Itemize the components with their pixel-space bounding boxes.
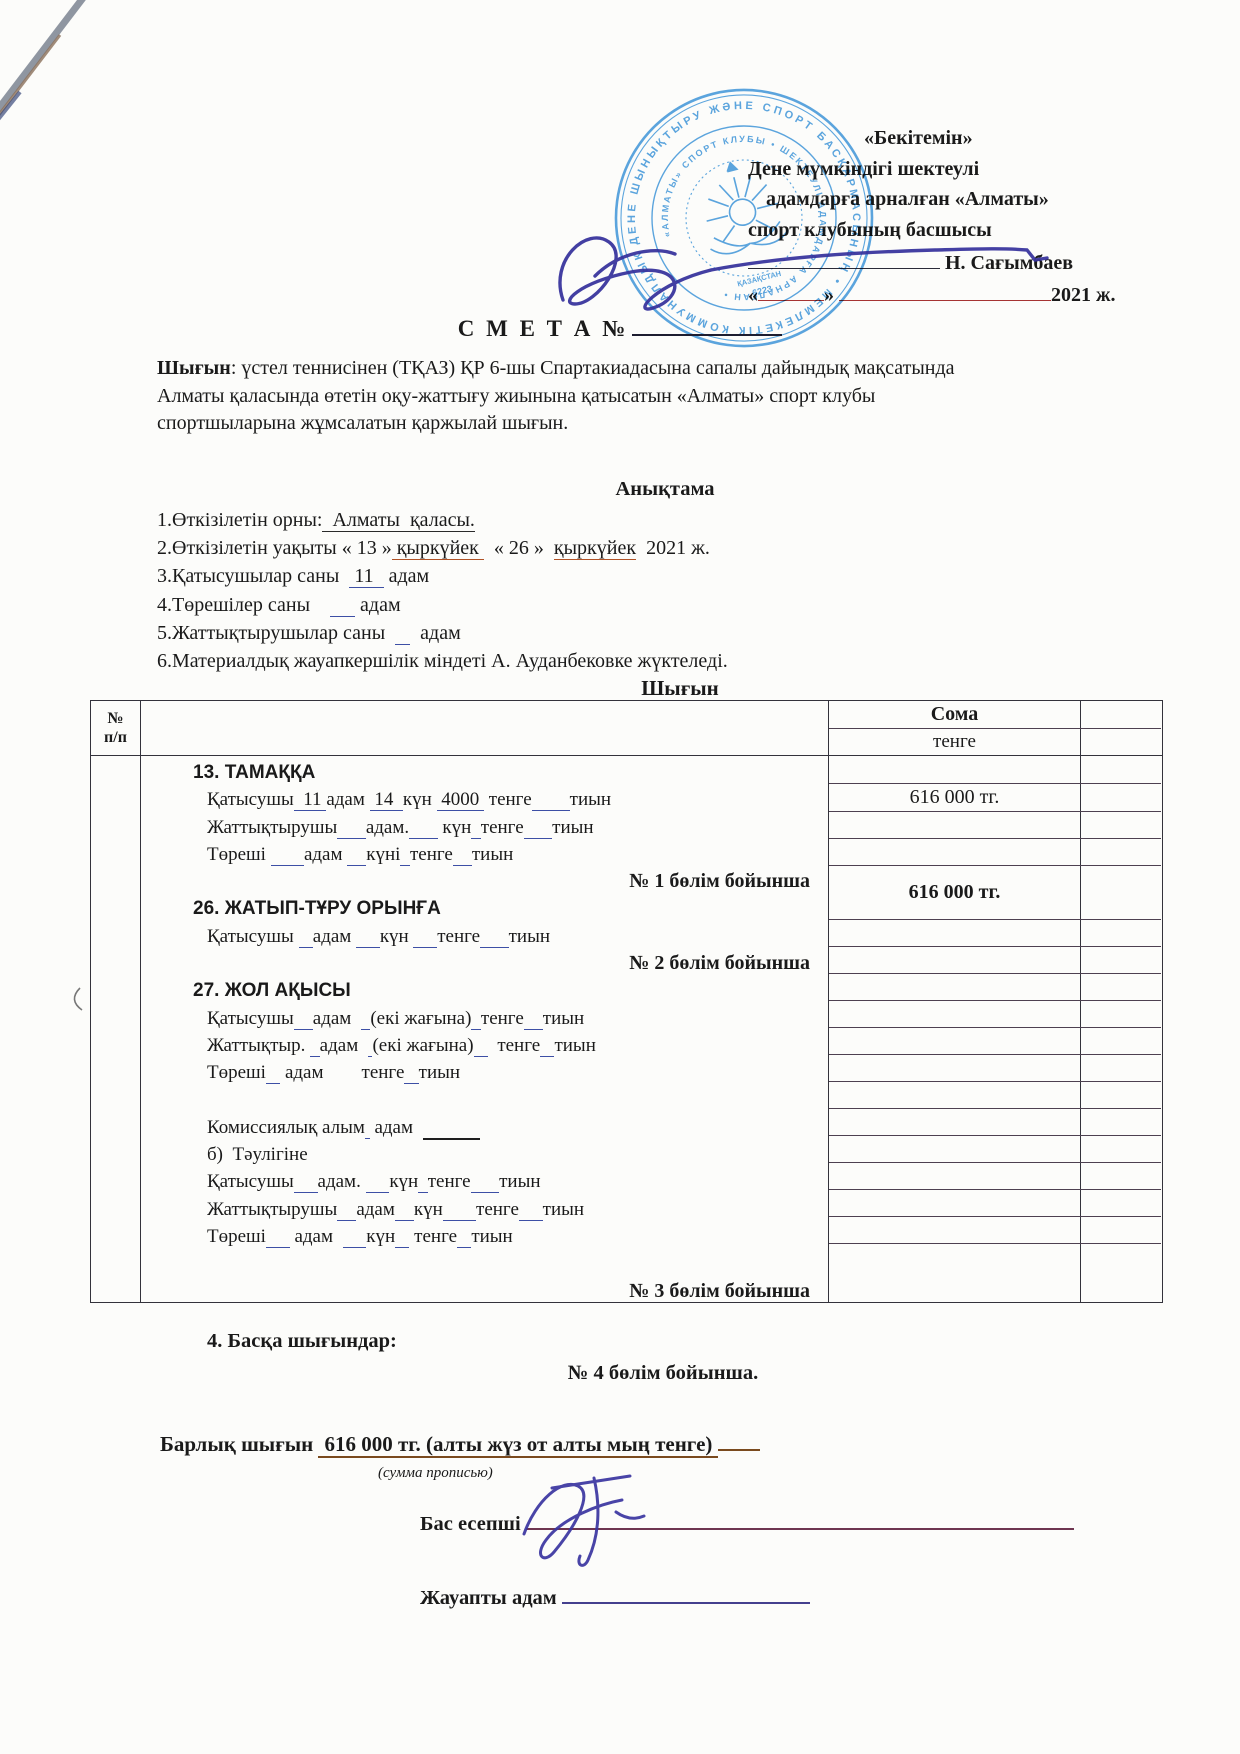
responsible-row: Жауапты адам [420, 1586, 810, 1610]
amount-row: 616 000 тг. [829, 866, 1161, 920]
amount-value [829, 1136, 1081, 1162]
amount-side-cell [1081, 839, 1161, 865]
col-num-header: № п/п [91, 701, 141, 755]
table-header: № п/п Сома тенге [91, 701, 1162, 756]
amount-column: 616 000 тг.616 000 тг. [829, 756, 1161, 1302]
col-description-header [141, 701, 829, 755]
director-signature [535, 212, 1075, 332]
amount-row [829, 1217, 1161, 1244]
amount-row [829, 1163, 1161, 1190]
table-desc-line: Жаттықтырушы адам. күн тенге тиын [141, 814, 828, 841]
document: «Бекітемін» Дене мүмкіндігі шектеулі ада… [0, 0, 1240, 1754]
section4-line: № 4 бөлім бойынша. [0, 1362, 1240, 1385]
amount-side-cell [1081, 1082, 1161, 1108]
table-desc-line: № 1 бөлім бойынша [141, 868, 828, 895]
amount-value [829, 920, 1081, 946]
amount-value: 616 000 тг. [829, 784, 1081, 811]
amount-value [829, 1028, 1081, 1054]
amount-row [829, 1109, 1161, 1136]
amount-side-cell [1081, 1001, 1161, 1027]
amount-row [829, 756, 1161, 784]
table-desc-line: № 3 бөлім бойынша [141, 1278, 828, 1305]
amount-value [829, 1190, 1081, 1216]
amount-row [829, 1190, 1161, 1217]
num-column [91, 756, 141, 1302]
amount-side-cell [1081, 974, 1161, 1000]
table-desc-line [141, 1087, 828, 1114]
responsible-signature-blank [562, 1586, 810, 1604]
table-desc-line: Жаттықтырушы адам күн тенге тиын [141, 1196, 828, 1223]
amount-row [829, 1001, 1161, 1028]
amount-side-cell [1081, 1163, 1161, 1189]
total-line: Барлық шығын 616 000 тг. (алты жүз от ал… [160, 1432, 760, 1457]
amount-value [829, 1244, 1081, 1302]
amount-row: 616 000 тг. [829, 784, 1161, 812]
table-desc-line: Төреші адам тенге тиын [141, 1059, 828, 1086]
title-number-blank [632, 318, 782, 336]
amount-value [829, 1082, 1081, 1108]
responsible-label: Жауапты адам [420, 1587, 557, 1609]
amount-row [829, 1136, 1161, 1163]
table-desc-line: Комиссиялық алым адам [141, 1114, 828, 1141]
table-heading: Шығын [0, 676, 1240, 701]
amount-row [829, 920, 1161, 947]
amount-side-cell [1081, 1136, 1161, 1162]
sum-in-words-note: (сумма прописью) [378, 1465, 493, 1482]
amount-side-cell [1081, 756, 1161, 783]
table-body: 13. ТАМАҚҚАҚатысушы 11 адам 14 күн 4000 … [91, 756, 1162, 1302]
margin-pen-squiggle [62, 982, 92, 1022]
amount-side-cell [1081, 1190, 1161, 1216]
amount-value [829, 947, 1081, 973]
other-expenses-heading: 4. Басқа шығындар: [207, 1330, 397, 1353]
amount-row [829, 1055, 1161, 1082]
amount-row [829, 1244, 1161, 1302]
corner-pen-mark-icon [0, 0, 130, 130]
table-desc-line: Қатысушы адам. күн тенге тиын [141, 1168, 828, 1195]
amount-side-cell [1081, 920, 1161, 946]
amount-side-cell [1081, 812, 1161, 838]
amount-side-cell [1081, 784, 1161, 811]
amount-side-cell [1081, 1109, 1161, 1135]
amount-row [829, 974, 1161, 1001]
col-tenge-subheader: тенге [829, 729, 1081, 755]
table-desc-line: 13. ТАМАҚҚА [141, 759, 828, 786]
amount-row [829, 947, 1161, 974]
anyqtama-item: 3.Қатысушылар саны 11 адам [157, 562, 1137, 590]
amount-value [829, 974, 1081, 1000]
document-title: С М Е Т А № [0, 316, 1240, 342]
amount-value [829, 1163, 1081, 1189]
amount-value [829, 812, 1081, 838]
amount-row [829, 1082, 1161, 1109]
anyqtama-list: 1.Өткізілетін орны: Алматы қаласы.2.Өткі… [157, 506, 1137, 675]
amount-side-cell [1081, 1028, 1161, 1054]
table-desc-line: Қатысушы адам (екі жағына) тенге тиын [141, 1005, 828, 1032]
intro-paragraph: Шығын: үстел теннисінен (ТҚАЗ) ҚР 6-шы С… [157, 355, 1122, 438]
col-soma-header: Сома [829, 701, 1081, 728]
expense-table: № п/п Сома тенге 13. ТАМАҚҚАҚатысушы 11 … [90, 700, 1163, 1303]
table-desc-line: Жаттықтыр. адам (екі жағына) тенге тиын [141, 1032, 828, 1059]
amount-side-cell [1081, 1217, 1161, 1243]
total-label: Барлық шығын [160, 1432, 313, 1456]
anyqtama-item: 2.Өткізілетін уақыты « 13 » қыркүйек « 2… [157, 534, 1137, 562]
table-desc-line: Төреші адам күн тенге тиын [141, 1223, 828, 1250]
intro-label: Шығын [157, 357, 231, 379]
amount-side-cell [1081, 947, 1161, 973]
amount-row [829, 812, 1161, 839]
accountant-signature [496, 1456, 686, 1576]
amount-value [829, 1055, 1081, 1081]
desc-column: 13. ТАМАҚҚАҚатысушы 11 адам 14 күн 4000 … [141, 756, 829, 1302]
table-desc-line [141, 1250, 828, 1277]
amount-row [829, 1028, 1161, 1055]
amount-side-cell [1081, 1055, 1161, 1081]
table-desc-line: Төреші адам күні тенге тиын [141, 841, 828, 868]
amount-side-cell [1081, 1244, 1161, 1302]
total-trailing-blank [718, 1433, 760, 1451]
table-desc-line: 27. ЖОЛ АҚЫСЫ [141, 977, 828, 1004]
anyqtama-item: 4.Төрешілер саны адам [157, 591, 1137, 619]
amount-value [829, 1109, 1081, 1135]
table-desc-line: Қатысушы 11 адам 14 күн 4000 тенге тиын [141, 786, 828, 813]
table-desc-line: № 2 бөлім бойынша [141, 950, 828, 977]
anyqtama-item: 1.Өткізілетін орны: Алматы қаласы. [157, 506, 1137, 534]
amount-value [829, 756, 1081, 783]
amount-value: 616 000 тг. [829, 866, 1081, 919]
amount-value [829, 1217, 1081, 1243]
anyqtama-item: 5.Жаттықтырушылар саны адам [157, 619, 1137, 647]
amount-row [829, 839, 1161, 866]
table-desc-line: Қатысушы адам күн тенге тиын [141, 923, 828, 950]
table-desc-line: 26. ЖАТЫП-ТҰРУ ОРЫНҒА [141, 895, 828, 922]
amount-value [829, 1001, 1081, 1027]
anyqtama-item: 6.Материалдық жауапкершілік міндеті А. А… [157, 647, 1137, 675]
amount-side-cell [1081, 866, 1161, 919]
anyqtama-heading: Анықтама [0, 478, 1240, 501]
total-value: 616 000 тг. (алты жүз от алты мың тенге) [318, 1432, 718, 1458]
col-extra-header [1081, 701, 1161, 728]
table-desc-line: б) Тәулігіне [141, 1141, 828, 1168]
title-text: С М Е Т А № [458, 316, 628, 341]
amount-value [829, 839, 1081, 865]
